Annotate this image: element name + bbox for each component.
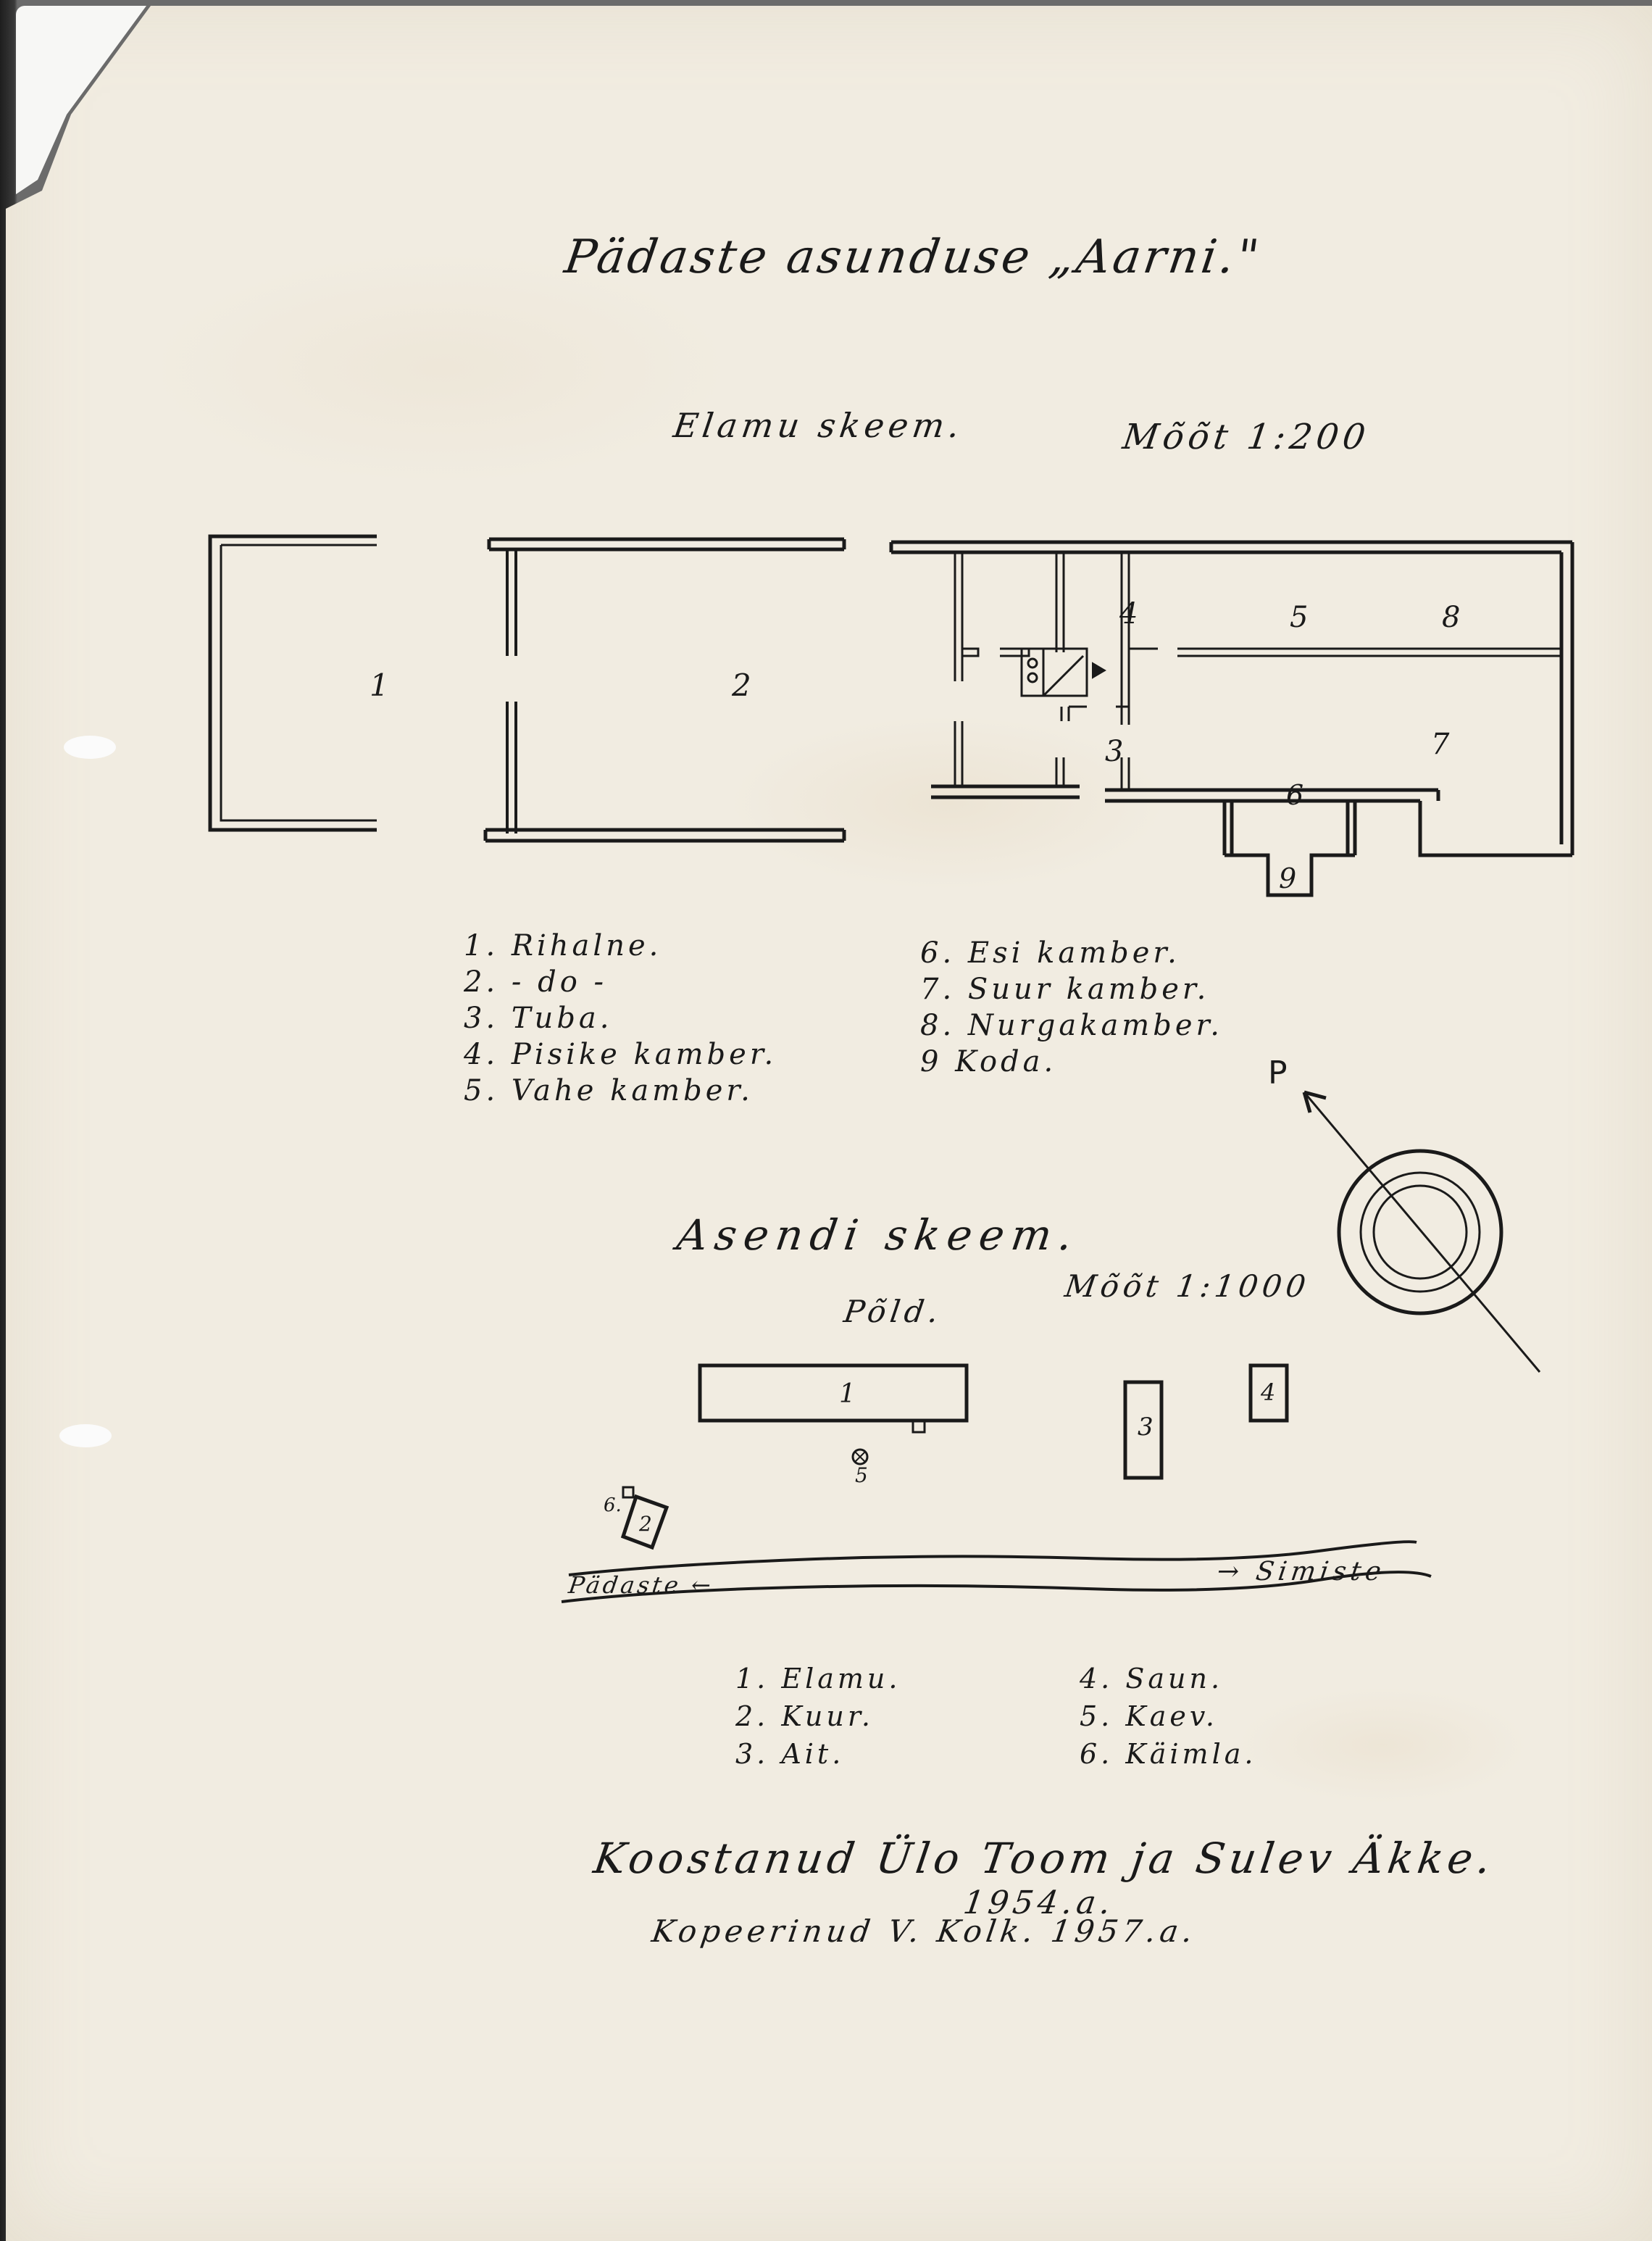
svg-text:1: 1: [839, 1379, 856, 1409]
floor-plan-legend-right: 6. Esi kamber. 7. Suur kamber. 8. Nurgak…: [920, 935, 1223, 1080]
drawings: 1 2 3 4 5 6 7 8 9 P 1 3 4 5 2 6.: [0, 0, 1652, 2241]
legend-item: 9 Koda.: [920, 1044, 1223, 1080]
legend-item: 2. Kuur.: [735, 1697, 901, 1735]
legend-item: 1. Rihalne.: [464, 928, 777, 964]
legend-item: 7. Suur kamber.: [920, 971, 1223, 1007]
north-label: P: [1268, 1055, 1288, 1092]
site-plan-heading: Asendi skeem.: [674, 1210, 1082, 1260]
legend-item: 4. Saun.: [1080, 1660, 1256, 1697]
room-number: 1: [370, 668, 389, 703]
legend-item: 5. Vahe kamber.: [464, 1073, 777, 1109]
road-label-left: Pädaste ←: [567, 1571, 715, 1599]
legend-item: 4. Pisike kamber.: [464, 1036, 777, 1073]
svg-text:2: 2: [638, 1512, 652, 1536]
legend-item: 8. Nurgakamber.: [920, 1007, 1223, 1044]
floor-plan-walls: [210, 536, 1572, 895]
legend-item: 1. Elamu.: [735, 1660, 901, 1697]
north-arrow-icon: [1304, 1092, 1540, 1372]
site-plan-legend-right: 4. Saun. 5. Kaev. 6. Käimla.: [1080, 1660, 1256, 1773]
room-number: 6: [1286, 779, 1303, 811]
legend-item: 3. Ait.: [735, 1735, 901, 1773]
credits-copied-by: Kopeerinud V. Kolk. 1957.a.: [650, 1913, 1199, 1949]
room-number: 7: [1431, 728, 1450, 761]
svg-text:6.: 6.: [604, 1494, 622, 1516]
legend-item: 6. Käimla.: [1080, 1735, 1256, 1773]
room-number: 4: [1119, 597, 1138, 631]
credits-authors: Koostanud Ülo Toom ja Sulev Äkke.: [591, 1834, 1498, 1883]
floor-plan-legend-left: 1. Rihalne. 2. - do - 3. Tuba. 4. Pisike…: [464, 928, 777, 1109]
legend-item: 2. - do -: [464, 964, 777, 1000]
room-number: 3: [1105, 735, 1123, 768]
site-plan-scale: Mõõt 1:1000: [1063, 1268, 1312, 1304]
svg-text:5: 5: [855, 1463, 868, 1487]
legend-item: 5. Kaev.: [1080, 1697, 1256, 1735]
legend-item: 6. Esi kamber.: [920, 935, 1223, 971]
svg-text:3: 3: [1138, 1413, 1154, 1442]
road-label-right: → Simiste: [1215, 1557, 1387, 1587]
field-label: Põld.: [842, 1294, 945, 1329]
svg-text:4: 4: [1260, 1379, 1275, 1406]
room-number: 8: [1442, 601, 1460, 634]
room-number: 5: [1290, 601, 1308, 634]
legend-item: 3. Tuba.: [464, 1000, 777, 1036]
room-number: 9: [1279, 862, 1296, 894]
site-plan-legend-left: 1. Elamu. 2. Kuur. 3. Ait.: [735, 1660, 901, 1773]
room-number: 2: [731, 668, 751, 703]
